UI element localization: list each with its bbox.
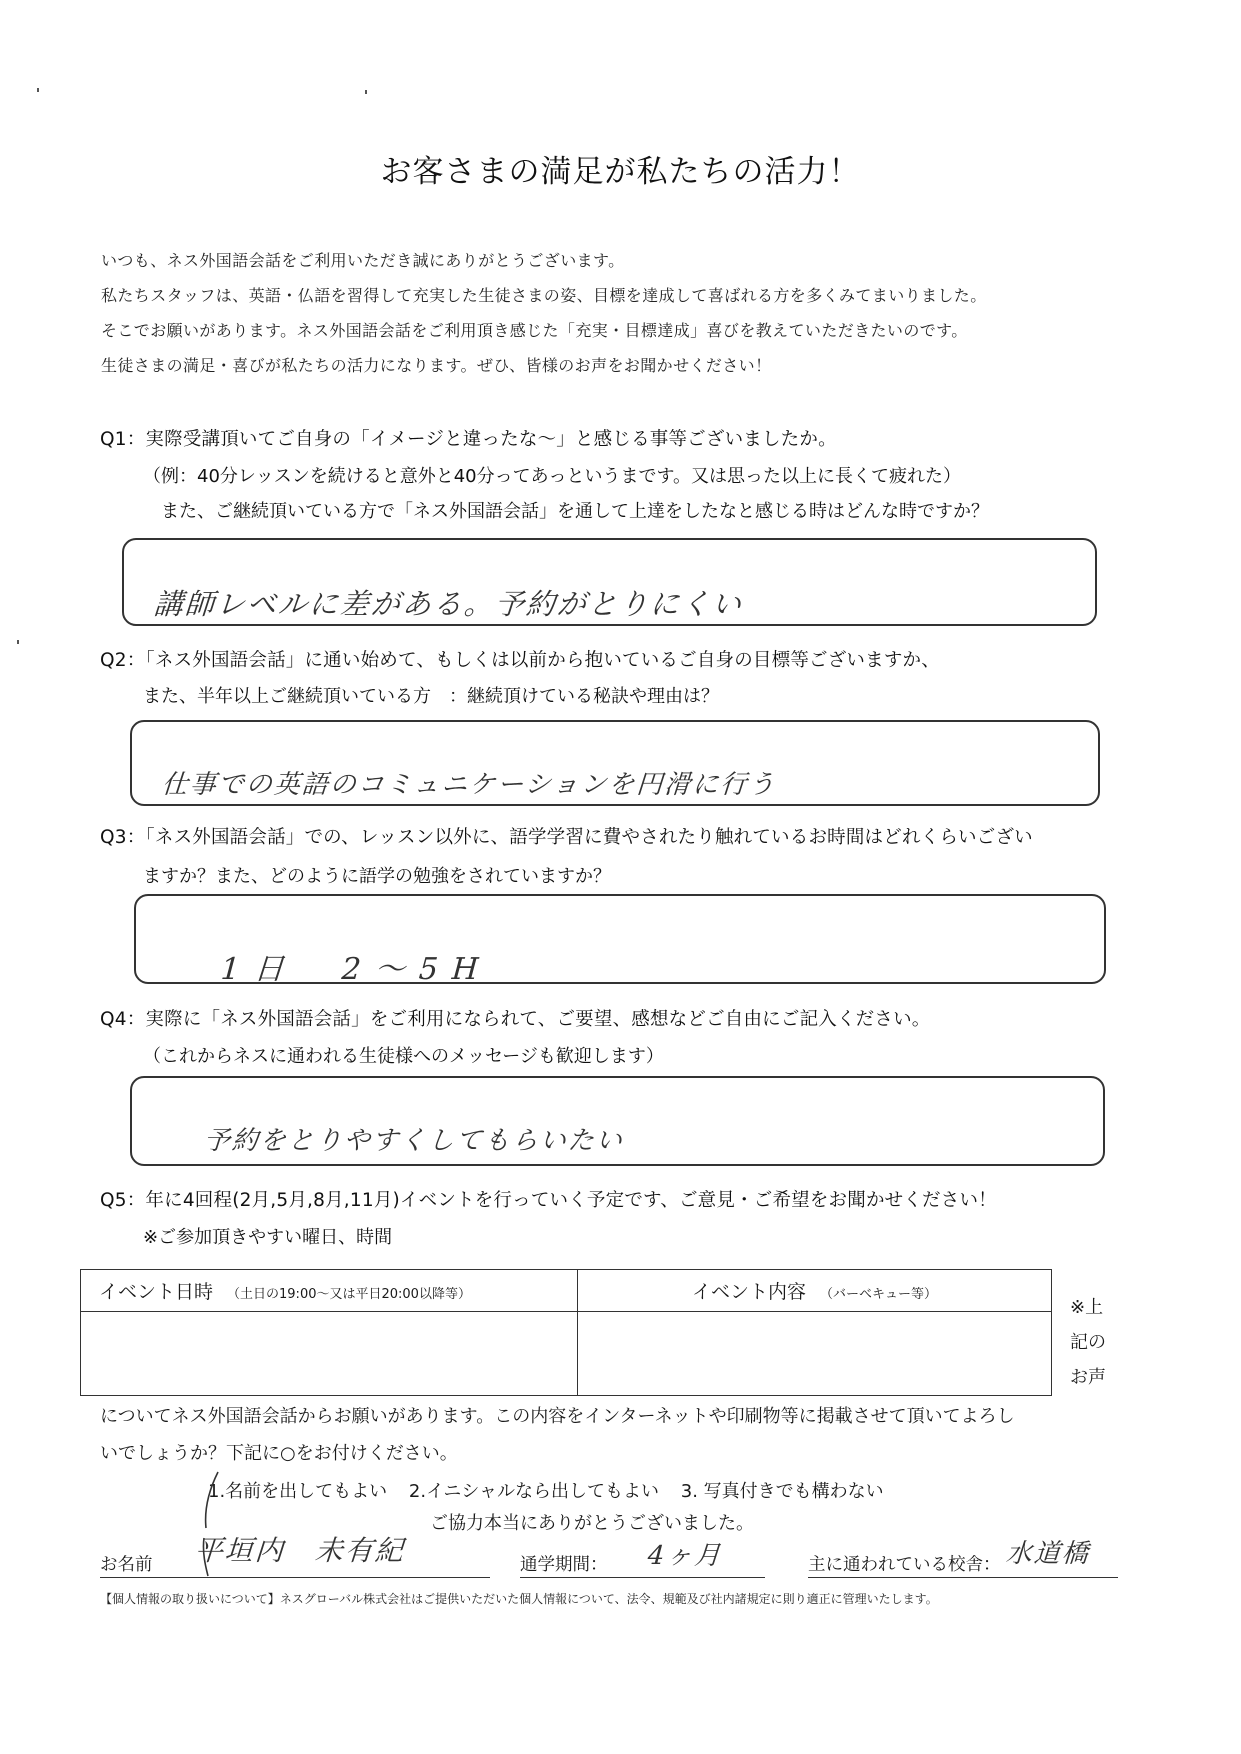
q3-text: Q3：「ネス外国語会話」での、レッスン以外に、語学学習に費やされたり触れているお… [100, 823, 1033, 849]
name-value: 平垣内 未有紀 [194, 1529, 407, 1569]
q1-answer: 講師レベルに差がある。予約がとりにくい [153, 582, 745, 623]
side-note-line: ※上 [1070, 1290, 1106, 1325]
consent-option-2[interactable]: 2.イニシャルなら出してもよい [409, 1481, 659, 1502]
event-content-header: イベント内容（バーベキュー等） [578, 1270, 1052, 1312]
event-datetime-cell[interactable] [81, 1312, 578, 1396]
consent-option-1[interactable]: 1.名前を出してもよい [208, 1481, 387, 1502]
period-value: 4ヶ月 [647, 1535, 724, 1572]
side-note-line: お声 [1070, 1360, 1106, 1395]
q1-example: （例：40分レッスンを続けると意外と40分ってあっというまです。又は思った以上に… [143, 462, 961, 488]
consent-text: いでしょうか？下記に○をお付けください。 [100, 1439, 458, 1465]
q5-text: Q5：年に4回程(2月,5月,8月,11月)イベントを行っていく予定です、ご意見… [100, 1186, 997, 1212]
event-datetime-header: イベント日時（土日の19:00～又は平日20:00以降等） [81, 1270, 578, 1312]
event-content-label: イベント内容 [692, 1281, 806, 1303]
q5-note: ※ご参加頂きやすい曜日、時間 [143, 1223, 392, 1249]
q2-text: Q2：「ネス外国語会話」に通い始めて、もしくは以前から抱いているご自身の目標等ご… [100, 646, 940, 672]
event-content-cell[interactable] [578, 1312, 1052, 1396]
name-field[interactable]: お名前 平垣内 未有紀 [100, 1543, 490, 1578]
page-title: お客さまの満足が私たちの活力！ [0, 146, 1241, 191]
q2-answer: 仕事での英語のコミュニケーションを円滑に行う [161, 764, 778, 801]
q3-answer-box[interactable]: 1日 2～5H [134, 894, 1106, 984]
q1-text: Q1：実際受講頂いてご自身の「イメージと違ったな～」と感じる事等ございましたか。 [100, 425, 837, 451]
event-content-note: （バーベキュー等） [820, 1287, 937, 1302]
scan-speck [37, 88, 39, 92]
school-label: 主に通われている校舎： [808, 1551, 1001, 1576]
q4-answer-box[interactable]: 予約をとりやすくしてもらいたい [130, 1076, 1105, 1166]
consent-options: 1.名前を出してもよい 2.イニシャルなら出してもよい 3. 写真付きでも構わな… [208, 1477, 884, 1503]
intro-line: いつも、ネス外国語会話をご利用いただき誠にありがとうございます。 [101, 248, 625, 271]
intro-line: 生徒さまの満足・喜びが私たちの活力になります。ぜひ、皆様のお声をお聞かせください… [101, 353, 771, 376]
scan-speck [17, 640, 19, 644]
scan-speck [365, 90, 367, 94]
event-table: イベント日時（土日の19:00～又は平日20:00以降等） イベント内容（バーベ… [80, 1269, 1052, 1396]
school-value: 水道橋 [1005, 1533, 1092, 1570]
q4-answer: 予約をとりやすくしてもらいたい [203, 1120, 626, 1157]
consent-text: についてネス外国語会話からお願いがあります。この内容をインターネットや印刷物等に… [100, 1402, 1015, 1428]
q2-followup: また、半年以上ご継続頂いている方 ：継続頂けている秘訣や理由は？ [143, 682, 719, 708]
period-label: 通学期間： [520, 1551, 608, 1576]
name-label: お名前 [100, 1551, 153, 1576]
q3-answer: 1日 2～5H [219, 944, 494, 988]
event-datetime-note: （土日の19:00～又は平日20:00以降等） [227, 1287, 471, 1302]
q3-followup: ますか？また、どのように語学の勉強をされていますか？ [143, 862, 611, 888]
q1-answer-box[interactable]: 講師レベルに差がある。予約がとりにくい [122, 538, 1097, 626]
q1-followup: また、ご継続頂いている方で「ネス外国語会話」を通して上達をしたなと感じる時はどん… [161, 497, 989, 523]
period-field[interactable]: 通学期間： 4ヶ月 [520, 1543, 765, 1578]
intro-line: そこでお願いがあります。ネス外国語会話をご利用頂き感じた「充実・目標達成」喜びを… [101, 318, 968, 341]
consent-option-3[interactable]: 3. 写真付きでも構わない [681, 1481, 884, 1502]
side-note: ※上 記の お声 [1070, 1290, 1106, 1395]
intro-line: 私たちスタッフは、英語・仏語を習得して充実した生徒さまの姿、目標を達成して喜ばれ… [101, 283, 987, 306]
side-note-line: 記の [1070, 1325, 1106, 1360]
privacy-notice: 【個人情報の取り扱いについて】ネスグローバル株式会社はご提供いただいた個人情報に… [100, 1590, 938, 1607]
q4-followup: （これからネスに通われる生徒様へのメッセージも歓迎します） [143, 1042, 664, 1068]
q4-text: Q4：実際に「ネス外国語会話」をご利用になられて、ご要望、感想などご自由にご記入… [100, 1005, 930, 1031]
thanks-text: ご協力本当にありがとうございました。 [430, 1509, 754, 1535]
q2-answer-box[interactable]: 仕事での英語のコミュニケーションを円滑に行う [130, 720, 1100, 806]
school-field[interactable]: 主に通われている校舎： 水道橋 [808, 1543, 1118, 1578]
event-datetime-label: イベント日時 [99, 1281, 213, 1303]
